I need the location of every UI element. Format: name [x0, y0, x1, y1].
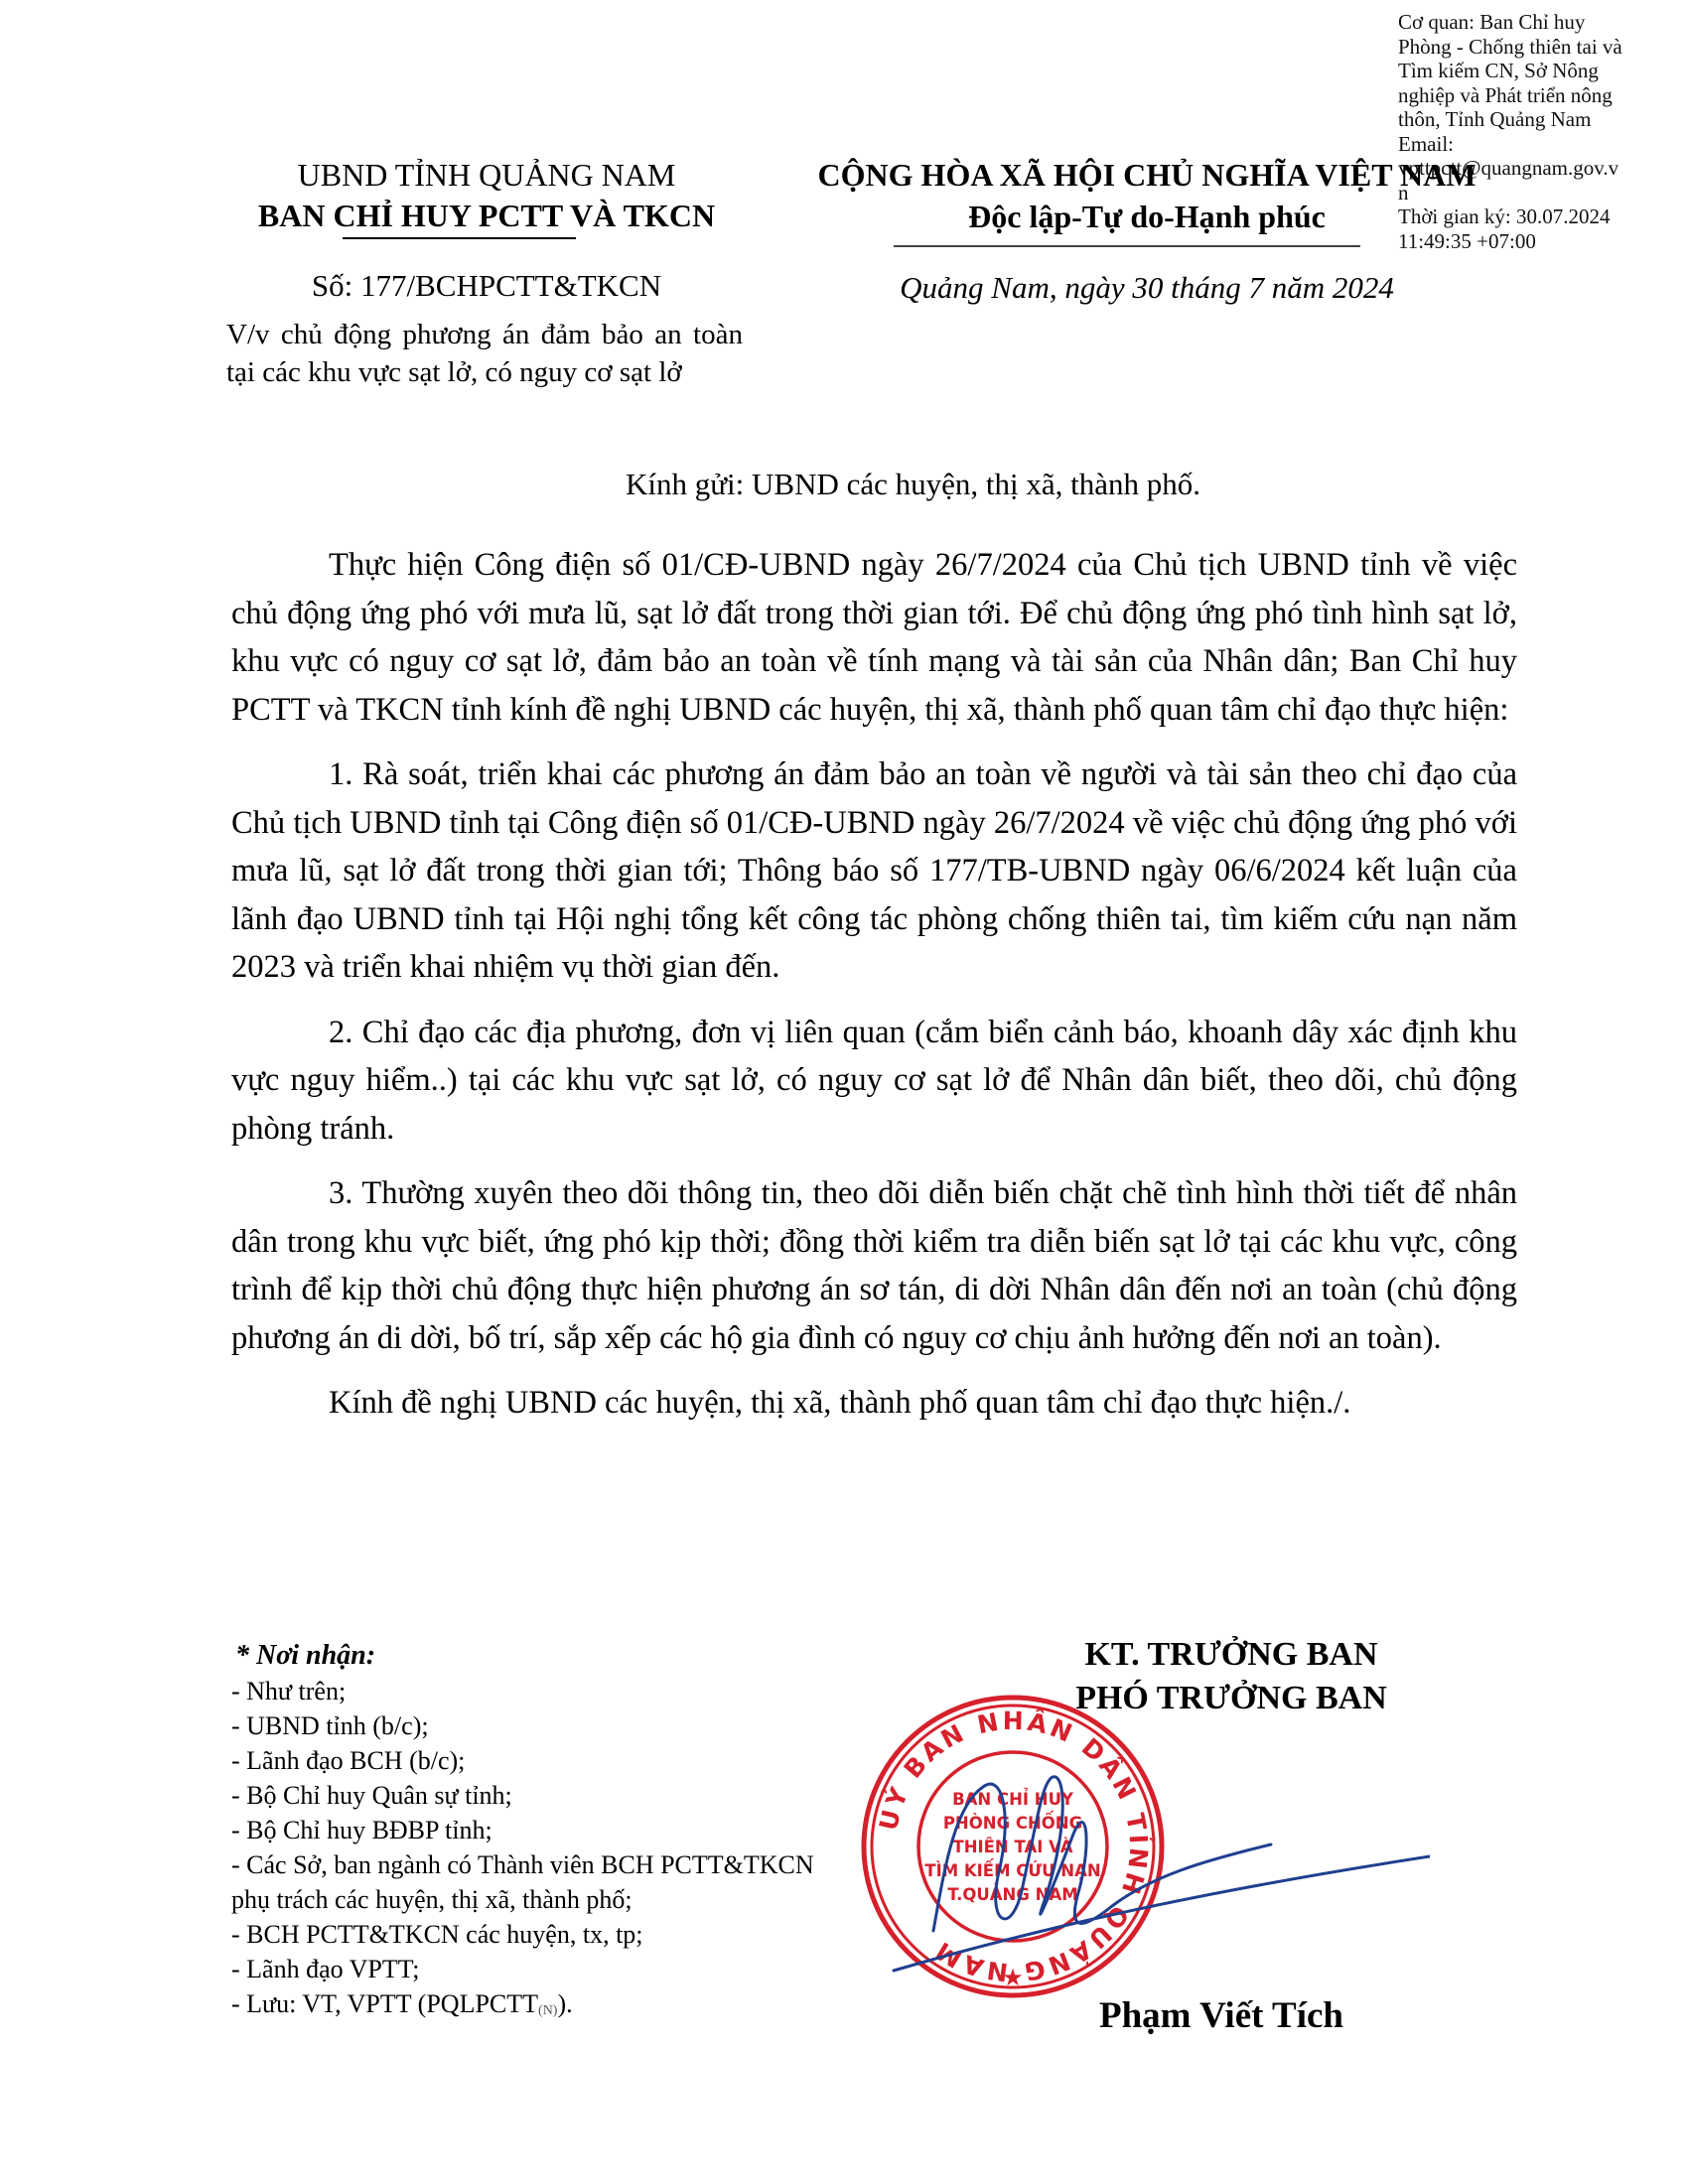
- signer-on-behalf: KT. TRƯỞNG BAN: [1013, 1633, 1450, 1677]
- distribution-item-archive: - Lưu: VT, VPTT (PQLPCTT(N)).: [231, 1986, 926, 2028]
- sig-line: Email:: [1398, 132, 1686, 157]
- distribution-item: - Lãnh đạo VPTT;: [231, 1952, 926, 1986]
- archive-text: - Lưu: VT, VPTT (PQLPCTT: [231, 1989, 538, 2018]
- archive-end: ).: [557, 1989, 572, 2018]
- sig-line: Phòng - Chống thiên tai và: [1398, 35, 1686, 60]
- distribution-item: - Lãnh đạo BCH (b/c);: [231, 1743, 926, 1778]
- distribution-item: - Các Sở, ban ngành có Thành viên BCH PC…: [231, 1847, 926, 1882]
- body-paragraph-3: 3. Thường xuyên theo dõi thông tin, theo…: [231, 1169, 1517, 1362]
- distribution-item: - Bộ Chỉ huy BĐBP tỉnh;: [231, 1813, 926, 1847]
- handwritten-signature-icon: [874, 1727, 1430, 1976]
- distribution-item: - UBND tỉnh (b/c);: [231, 1708, 926, 1743]
- motto-underline: [894, 245, 1360, 247]
- body-paragraph-closing: Kính đề nghị UBND các huyện, thị xã, thà…: [231, 1379, 1517, 1428]
- sig-line: Tìm kiếm CN, Sở Nông: [1398, 59, 1686, 83]
- national-motto: Độc lập-Tự do-Hạnh phúc: [765, 196, 1529, 237]
- document-subject: V/v chủ động phương án đảm bảo an toàn t…: [226, 316, 743, 391]
- distribution-list: * Nơi nhận: - Như trên; - UBND tỉnh (b/c…: [231, 1638, 926, 2028]
- place-date: Quảng Nam, ngày 30 tháng 7 năm 2024: [765, 268, 1529, 308]
- distribution-item: - Như trên;: [231, 1674, 926, 1708]
- recipient-line: Kính gửi: UBND các huyện, thị xã, thành …: [626, 465, 1200, 504]
- distribution-title: * Nơi nhận:: [231, 1638, 926, 1674]
- sig-line: thôn, Tỉnh Quảng Nam: [1398, 107, 1686, 132]
- national-title: CỘNG HÒA XÃ HỘI CHỦ NGHĨA VIỆT NAM Độc l…: [765, 154, 1529, 237]
- distribution-item: - BCH PCTT&TKCN các huyện, tx, tp;: [231, 1917, 926, 1952]
- sig-line: Cơ quan: Ban Chỉ huy: [1398, 10, 1686, 35]
- document-body: Thực hiện Công điện số 01/CĐ-UBND ngày 2…: [231, 541, 1517, 1444]
- body-paragraph-intro: Thực hiện Công điện số 01/CĐ-UBND ngày 2…: [231, 541, 1517, 734]
- issuing-authority: UBND TỈNH QUẢNG NAM BAN CHỈ HUY PCTT VÀ …: [199, 154, 774, 235]
- distribution-item: phụ trách các huyện, thị xã, thành phố;: [231, 1882, 926, 1917]
- distribution-item: - Bộ Chỉ huy Quân sự tỉnh;: [231, 1778, 926, 1813]
- parent-organization: UBND TỈNH QUẢNG NAM: [199, 154, 774, 196]
- document-number: Số: 177/BCHPCTT&TKCN: [199, 266, 774, 306]
- sig-line: nghiệp và Phát triển nông: [1398, 83, 1686, 108]
- signer-name: Phạm Viết Tích: [1013, 1993, 1430, 2039]
- archive-sub: (N): [538, 2003, 557, 2018]
- org-underline: [343, 237, 576, 239]
- organization-name: BAN CHỈ HUY PCTT VÀ TKCN: [199, 196, 774, 235]
- body-paragraph-2: 2. Chỉ đạo các địa phương, đơn vị liên q…: [231, 1009, 1517, 1154]
- body-paragraph-1: 1. Rà soát, triển khai các phương án đảm…: [231, 751, 1517, 992]
- nation-name: CỘNG HÒA XÃ HỘI CHỦ NGHĨA VIỆT NAM: [765, 154, 1529, 196]
